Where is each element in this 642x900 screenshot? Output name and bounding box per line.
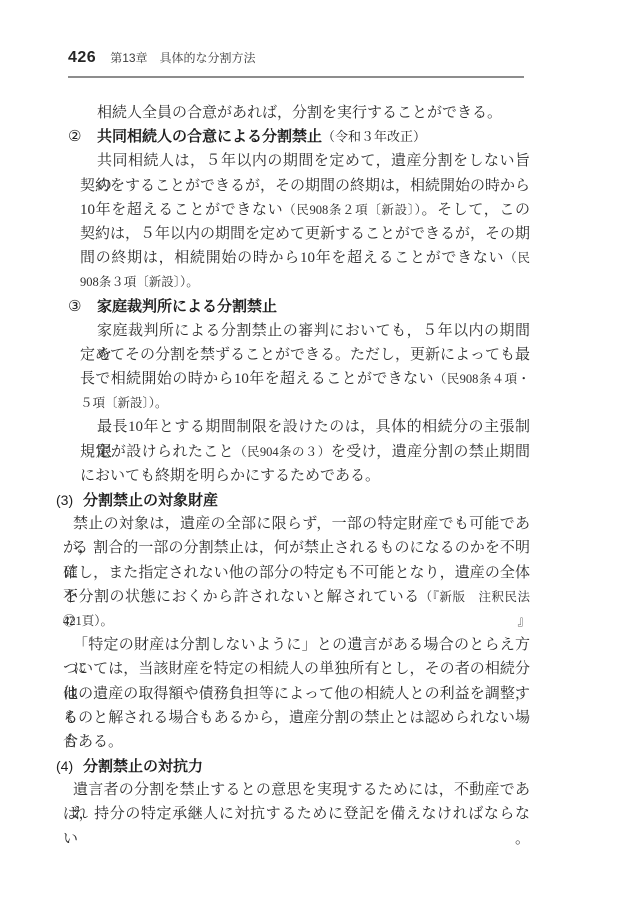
page-number: 426 <box>68 49 96 66</box>
text-segment: 契約をすることができるが，その期間の終期は，相続開始の時から <box>80 178 530 194</box>
text-segment: 421頁）。 <box>63 614 113 628</box>
text-line: にし，また指定されない他の部分の特定も不可能となり，遺産の全体を <box>63 561 530 585</box>
text-segment: ば，持分の特定承継人に対抗するために登記を備えなければならない。 <box>63 806 530 846</box>
chapter-title: 第13章 具体的な分割方法 <box>110 51 255 65</box>
text-line: 10年を超えることができない（民908条２項〔新設〕）。そして，この <box>63 198 530 222</box>
item-marker: ③ <box>68 295 97 319</box>
text-segment: 長で相続開始の時から10年を超えることができない <box>80 371 434 387</box>
text-segment: においても終期を明らかにするためである。 <box>80 468 380 484</box>
text-line: 相続人全員の合意があれば，分割を実行することができる。 <box>63 101 530 125</box>
text-segment: （民 <box>504 251 530 265</box>
text-line: 遺言者の分割を禁止するとの意思を実現するためには，不動産であれ <box>63 778 530 802</box>
section-heading: ②共同相続人の合意による分割禁止（令和３年改正） <box>63 125 530 149</box>
text-segment: （令和３年改正） <box>322 129 426 144</box>
text-segment: （民908条４項・ <box>434 372 530 386</box>
section-heading: ③家庭裁判所による分割禁止 <box>63 295 530 319</box>
text-line: 最長10年とする期間制限を設けたのは，具体的相続分の主張制限 <box>63 415 530 439</box>
text-segment: を受け，遺産分割の禁止期間 <box>331 444 530 460</box>
text-line: 間の終期は，相続開始の時から10年を超えることができない（民 <box>63 246 530 270</box>
text-segment: 分割禁止の対抗力 <box>83 758 203 775</box>
text-line: ５項〔新設〕）。 <box>63 391 530 415</box>
text-line: ば，持分の特定承継人に対抗するために登記を備えなければならない。 <box>63 802 530 826</box>
text-segment: 契約は，５年以内の期間を定めて更新することができるが，その期 <box>80 226 530 242</box>
text-line: ものと解される場合もあるから，遺産分割の禁止とは認められない場合 <box>63 706 530 730</box>
text-segment: 間の終期は，相続開始の時から10年を超えることができない <box>80 250 504 266</box>
text-line: 共同相続人は，５年以内の期間を定めて，遺産分割をしない旨の <box>63 149 530 173</box>
page-header: 426第13章 具体的な分割方法 <box>68 49 524 67</box>
header-rule <box>68 76 524 78</box>
text-segment: 分割禁止の対象財産 <box>83 492 218 509</box>
text-segment: 908条３項〔新設〕）。 <box>80 275 199 289</box>
section-heading: (3)分割禁止の対象財産 <box>56 488 530 512</box>
text-line: 禁止の対象は，遺産の全部に限らず，一部の特定財産でも可能である <box>63 512 530 536</box>
text-line: が，割合的一部の分割禁止は，何が禁止されるものになるのかを不明確 <box>63 536 530 560</box>
text-line: ついては，当該財産を特定の相続人の単独所有とし，その者の相続分は， <box>63 657 530 681</box>
text-line: においても終期を明らかにするためである。 <box>63 464 530 488</box>
text-segment: （民904条の３） <box>234 445 331 459</box>
text-line: 908条３項〔新設〕）。 <box>63 270 530 294</box>
item-marker: (3) <box>56 488 83 512</box>
text-segment: 10年を超えることができない <box>80 202 283 218</box>
text-segment: （民908条２項〔新設〕） <box>283 203 421 217</box>
text-segment: 不分割の状態におくから許されないと解されている <box>63 589 420 605</box>
text-segment: 定めてその分割を禁ずることができる。ただし，更新によっても最 <box>80 347 530 363</box>
text-segment: もある。 <box>63 734 123 750</box>
text-line: 「特定の財産は分割しないように」との遺言がある場合のとらえ方に <box>63 633 530 657</box>
page-body: 相続人全員の合意があれば，分割を実行することができる。 ②共同相続人の合意による… <box>63 101 530 827</box>
text-segment: ５項〔新設〕）。 <box>80 396 168 410</box>
section-heading: (4)分割禁止の対抗力 <box>56 754 530 778</box>
text-segment: 。そして，この <box>421 202 530 218</box>
text-line: 契約をすることができるが，その期間の終期は，相続開始の時から <box>63 174 530 198</box>
text-line: 規定が設けられたこと（民904条の３）を受け，遺産分割の禁止期間 <box>63 440 530 464</box>
text-line: 他の遺産の取得額や債務負担等によって他の相続人との利益を調整する <box>63 682 530 706</box>
text-segment: 相続人全員の合意があれば，分割を実行することができる。 <box>97 105 502 121</box>
text-line: 不分割の状態におくから許されないと解されている（『新版 注釈民法㉗』 <box>63 585 530 609</box>
text-segment: 規定が設けられたこと <box>80 444 234 460</box>
text-segment: 共同相続人の合意による分割禁止 <box>97 128 322 145</box>
text-line: 定めてその分割を禁ずることができる。ただし，更新によっても最 <box>63 343 530 367</box>
item-marker: (4) <box>56 754 83 778</box>
text-line: 契約は，５年以内の期間を定めて更新することができるが，その期 <box>63 222 530 246</box>
item-marker: ② <box>68 125 97 149</box>
text-line: 長で相続開始の時から10年を超えることができない（民908条４項・ <box>63 367 530 391</box>
text-line: 家庭裁判所による分割禁止の審判においても，５年以内の期間を <box>63 319 530 343</box>
text-segment: 家庭裁判所による分割禁止 <box>97 298 277 315</box>
text-line: もある。 <box>63 730 530 754</box>
